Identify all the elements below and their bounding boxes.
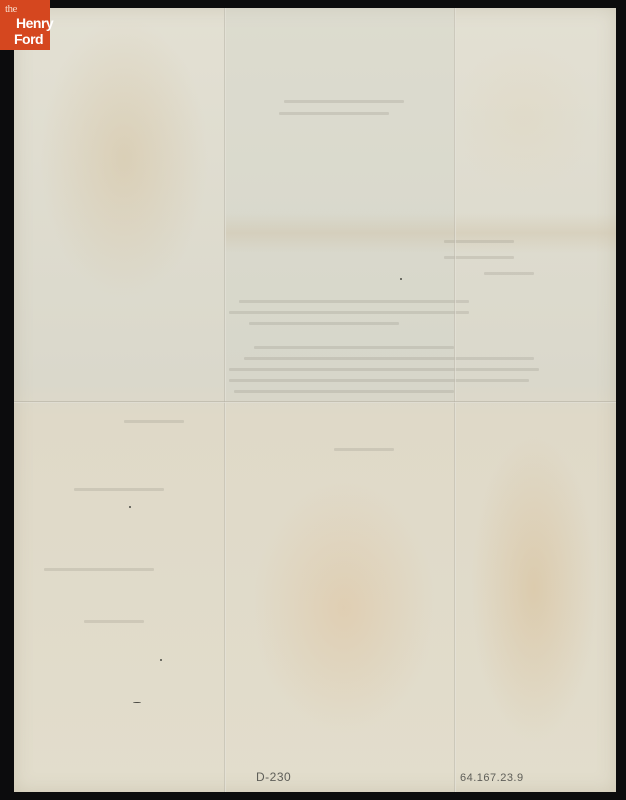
showthrough-line	[334, 448, 394, 451]
fold-line-horizontal	[14, 401, 616, 403]
showthrough-line	[234, 390, 454, 393]
henry-ford-logo: the Henry Ford	[0, 0, 50, 50]
paper-speck	[133, 702, 141, 703]
logo-word-the: the	[5, 3, 17, 15]
paper-speck	[400, 278, 402, 280]
paper-stain	[224, 213, 616, 253]
showthrough-line	[484, 272, 534, 275]
showthrough-line	[229, 311, 469, 314]
showthrough-line	[239, 300, 469, 303]
logo-word-henry: Henry	[16, 15, 53, 31]
showthrough-line	[229, 368, 539, 371]
logo-word-ford: Ford	[14, 31, 43, 47]
showthrough-line	[229, 379, 529, 382]
pencil-note-accession-number: 64.167.23.9	[460, 772, 524, 784]
fold-line-vertical	[224, 8, 226, 792]
paper-panel-shade	[224, 8, 454, 401]
showthrough-line	[44, 568, 154, 571]
showthrough-line	[284, 100, 404, 103]
document-paper: D-230 64.167.23.9	[14, 8, 616, 792]
paper-speck	[129, 506, 131, 508]
showthrough-line	[84, 620, 144, 623]
showthrough-line	[279, 112, 389, 115]
showthrough-line	[244, 357, 534, 360]
showthrough-line	[74, 488, 164, 491]
pencil-note-catalog-id: D-230	[256, 770, 291, 784]
showthrough-line	[254, 346, 454, 349]
paper-speck	[160, 659, 162, 661]
fold-line-vertical	[454, 8, 456, 792]
showthrough-line	[249, 322, 399, 325]
showthrough-line	[124, 420, 184, 423]
